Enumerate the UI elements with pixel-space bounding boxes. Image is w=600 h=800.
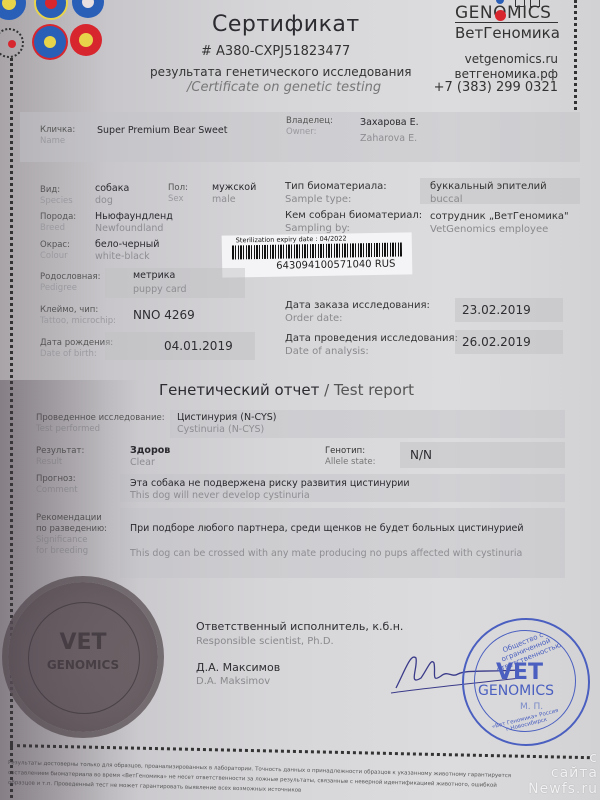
value-colour: бело-черный white-black xyxy=(95,239,159,263)
stamp-mp: М. П. xyxy=(520,702,543,712)
embossed-seal-icon: VET GENOMICS xyxy=(8,582,158,732)
field-birth: Дата рождения: Date of birth: xyxy=(40,338,113,360)
value-comment: Эта собака не подвержена риску развития … xyxy=(130,478,410,502)
field-pedigree: Родословная: Pedigree xyxy=(40,272,100,294)
field-colour: Окрас: Colour xyxy=(40,240,70,262)
certificate-page: Сертификат # A380-CXPJ51823477 результат… xyxy=(0,0,600,800)
field-order-date: Дата заказа исследования: Order date: xyxy=(285,299,430,325)
value-tattoo: NNO 4269 xyxy=(133,308,195,322)
phone-number: +7 (383) 299 0321 xyxy=(434,80,558,95)
field-owner: Владелец: Owner: xyxy=(286,116,333,138)
barcode-number: 643094100571040 RUS xyxy=(276,259,395,272)
watermark-line-3[interactable]: Newfs.ru xyxy=(528,781,598,797)
field-breeding: Рекомендации по разведению: Significance… xyxy=(36,513,107,557)
row-band-breeding xyxy=(120,508,565,578)
signature-role-en: Responsible scientist, Ph.D. xyxy=(196,636,334,647)
field-analysis-date: Дата проведения исследования: Date of an… xyxy=(285,332,458,358)
field-comment: Прогноз: Comment xyxy=(36,474,78,496)
value-result: Здоров Clear xyxy=(130,445,170,469)
value-name: Super Premium Bear Sweet xyxy=(97,125,227,137)
certificate-subtitle-ru: результата генетического исследования xyxy=(150,65,412,79)
value-breeding-ru: При подборе любого партнера, среди щенко… xyxy=(130,523,524,535)
signature-role-ru: Ответственный исполнитель, к.б.н. xyxy=(196,620,403,633)
website-ru[interactable]: ветгеномика.рф xyxy=(455,67,558,81)
report-title: Генетический отчет / Test report xyxy=(159,381,414,399)
field-sampling-by: Кем собран биоматериал: Sampling by: xyxy=(285,209,422,235)
value-test-performed: Цистинурия (N-CYS) Cystinuria (N-CYS) xyxy=(177,412,277,436)
website-en[interactable]: vetgenomics.ru xyxy=(465,52,558,66)
field-breed: Порода: Breed xyxy=(40,212,76,234)
value-analysis-date: 26.02.2019 xyxy=(462,335,531,349)
value-breed: Ньюфаундленд Newfoundland xyxy=(95,211,173,235)
field-test-performed: Проведенное исследование: Test performed xyxy=(36,413,165,435)
label-name-en: Name xyxy=(40,136,75,147)
dotted-border-right xyxy=(574,0,577,110)
field-genotype: Генотип: Allele state: xyxy=(325,446,375,468)
value-birth: 04.01.2019 xyxy=(164,339,233,353)
company-stamp-icon: Общество с ограниченной ответственностью… xyxy=(462,618,590,746)
signature-name-ru: Д.А. Максимов xyxy=(196,661,280,674)
stamp-vet: VET xyxy=(496,660,543,685)
logo-vetgenomika-text: ВетГеномика xyxy=(455,24,560,42)
certificate-title: Сертификат xyxy=(212,12,360,37)
dotted-border-bottom xyxy=(10,744,590,759)
field-result: Результат: Result xyxy=(36,446,84,468)
barcode-icon xyxy=(232,243,402,260)
label-name-ru: Кличка: xyxy=(40,125,75,136)
watermark-line-2: сайта xyxy=(551,765,598,781)
barcode-sticker: Sterilization expiry date : 04/2022 6430… xyxy=(222,232,413,277)
value-pedigree: метрика puppy card xyxy=(133,270,187,296)
value-breeding-en: This dog can be crossed with any mate pr… xyxy=(130,548,522,560)
field-tattoo: Клеймо, чип: Tattoo, microchip: xyxy=(40,305,116,327)
value-owner: Захарова Е. Zaharova E. xyxy=(360,117,419,145)
dotted-border-left xyxy=(10,58,13,798)
watermark-line-1: с xyxy=(589,750,598,766)
label-owner-en: Owner: xyxy=(286,127,333,138)
certificate-number: # A380-CXPJ51823477 xyxy=(201,44,350,59)
value-genotype: N/N xyxy=(410,448,432,462)
logo-red-dot-icon xyxy=(495,10,506,21)
field-sample-type: Тип биоматериала: Sample type: xyxy=(285,180,387,206)
seal-genomics-text: GENOMICS xyxy=(8,658,158,672)
certificate-subtitle-en: /Certificate on genetic testing xyxy=(187,80,381,95)
value-sex: мужской male xyxy=(212,182,256,206)
value-species: собака dog xyxy=(95,183,129,207)
field-sex: Пол: Sex xyxy=(168,183,188,205)
value-sampling-by: сотрудник „ВетГеномика" VetGenomics empl… xyxy=(430,210,569,236)
field-species: Вид: Species xyxy=(40,185,73,207)
seal-vet-text: VET xyxy=(8,630,158,655)
signature-name-en: D.A. Maksimov xyxy=(196,676,270,687)
field-name: Кличка: Name xyxy=(40,125,75,147)
stamp-genomics: GENOMICS xyxy=(478,683,554,699)
logo-underline xyxy=(455,22,558,23)
value-sample-type: буккальный эпителий buccal xyxy=(430,180,547,206)
label-owner-ru: Владелец: xyxy=(286,116,333,127)
value-order-date: 23.02.2019 xyxy=(462,303,531,317)
